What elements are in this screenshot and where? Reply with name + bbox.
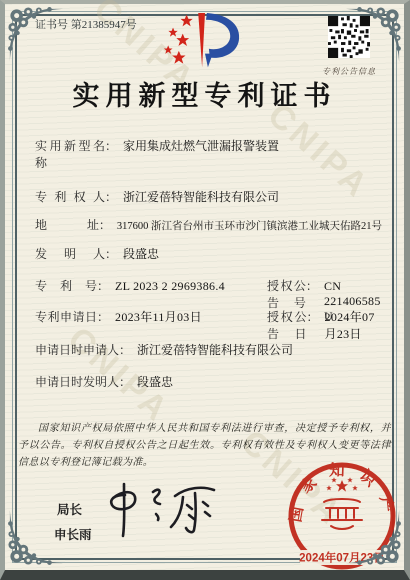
field-value: 2023年11月03日 bbox=[115, 308, 202, 325]
patent-certificate: CNIPA CNIPA CNIPA CNIPA 证书号 第21385947号 bbox=[0, 0, 410, 580]
field-value: 2024年07月23日 bbox=[325, 308, 382, 342]
field-value: 浙江爱蓓特智能科技有限公司 bbox=[123, 188, 279, 205]
corner-ornament-icon bbox=[7, 510, 63, 566]
corner-ornament-icon bbox=[346, 6, 402, 62]
field-label: 专利号 bbox=[35, 277, 97, 294]
field-label: 专利权人 bbox=[35, 188, 105, 205]
corner-ornament-icon bbox=[7, 6, 63, 62]
field-label: 申请日时发明人 bbox=[35, 373, 119, 390]
field-label: 授权公告日 bbox=[267, 308, 307, 342]
field-value: 家用集成灶燃气泄漏报警装置 bbox=[123, 137, 279, 154]
field-address: 地址： 317600 浙江省台州市玉环市沙门镇滨港工业城天佑路21号 bbox=[35, 216, 382, 233]
field-value: 段盛忠 bbox=[123, 245, 159, 262]
field-label: 实用新型名称 bbox=[35, 137, 105, 171]
field-label: 专利申请日 bbox=[35, 308, 97, 325]
field-label: 授权公告号 bbox=[267, 277, 306, 311]
field-grant-date: 授权公告日： 2024年07月23日 bbox=[267, 308, 382, 342]
field-patent-number-row: 专利号： ZL 2023 2 2969386.4 授权公告号： CN 22140… bbox=[35, 277, 382, 294]
field-inventor-at-filing: 申请日时发明人： 段盛忠 bbox=[35, 373, 382, 390]
field-label: 地址 bbox=[35, 216, 99, 233]
field-inventor: 发明人： 段盛忠 bbox=[35, 245, 382, 262]
field-label: 发明人 bbox=[35, 245, 105, 262]
field-value: 317600 浙江省台州市玉环市沙门镇滨港工业城天佑路21号 bbox=[117, 218, 382, 233]
certificate-title: 实用新型专利证书 bbox=[5, 74, 404, 113]
corner-ornament-icon bbox=[346, 510, 402, 566]
field-patentee: 专利权人： 浙江爱蓓特智能科技有限公司 bbox=[35, 188, 382, 205]
field-value: 段盛忠 bbox=[137, 373, 173, 390]
field-value: 浙江爱蓓特智能科技有限公司 bbox=[137, 341, 293, 358]
field-applicant-at-filing: 申请日时申请人： 浙江爱蓓特智能科技有限公司 bbox=[35, 341, 382, 358]
commissioner-signature bbox=[97, 472, 229, 548]
field-utility-model-name: 实用新型名称： 家用集成灶燃气泄漏报警装置 bbox=[35, 137, 382, 171]
cnipa-logo-icon bbox=[161, 11, 249, 73]
field-value: ZL 2023 2 2969386.4 bbox=[115, 279, 225, 294]
field-filing-date-row: 专利申请日： 2023年11月03日 授权公告日： 2024年07月23日 bbox=[35, 308, 382, 325]
field-label: 申请日时申请人 bbox=[35, 341, 119, 358]
